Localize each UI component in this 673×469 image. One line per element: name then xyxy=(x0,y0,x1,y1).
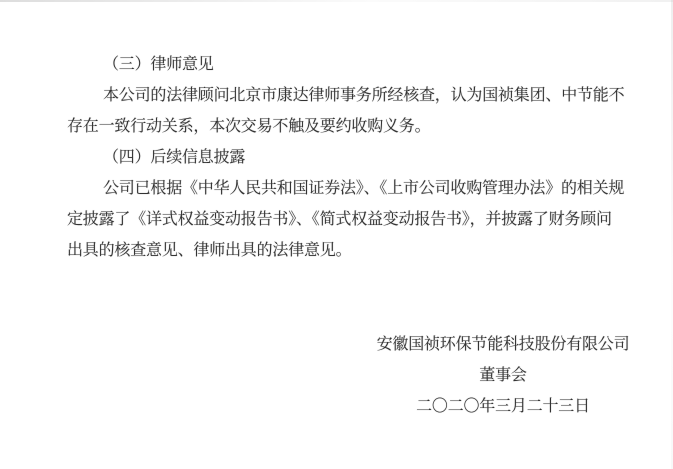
document-page: （三）律师意见 本公司的法律顾问北京市康达律师事务所经核查，认为国祯集团、中节能… xyxy=(0,0,673,469)
signature-board-of-directors: 董事会 xyxy=(343,360,663,391)
section-heading-followup-disclosure: （四）后续信息披露 xyxy=(67,142,629,173)
paragraph-line: 本公司的法律顾问北京市康达律师事务所经核查，认为国祯集团、中节能不 xyxy=(67,80,629,111)
signature-date: 二〇二〇年三月二十三日 xyxy=(343,391,663,422)
paragraph-line: 公司已根据《中华人民共和国证券法》、《上市公司收购管理办法》的相关规 xyxy=(67,173,629,204)
signature-block: 安徽国祯环保节能科技股份有限公司 董事会 二〇二〇年三月二十三日 xyxy=(343,329,663,422)
paragraph-line: 出具的核查意见、律师出具的法律意见。 xyxy=(67,235,629,266)
scan-artifact-top-edge xyxy=(0,0,673,2)
section-heading-lawyer-opinion: （三）律师意见 xyxy=(67,49,629,80)
paragraph-line: 存在一致行动关系，本次交易不触及要约收购义务。 xyxy=(67,111,629,142)
signature-company-name: 安徽国祯环保节能科技股份有限公司 xyxy=(343,329,663,360)
document-body: （三）律师意见 本公司的法律顾问北京市康达律师事务所经核查，认为国祯集团、中节能… xyxy=(67,49,629,266)
paragraph-line: 定披露了《详式权益变动报告书》、《简式权益变动报告书》，并披露了财务顾问 xyxy=(67,204,629,235)
